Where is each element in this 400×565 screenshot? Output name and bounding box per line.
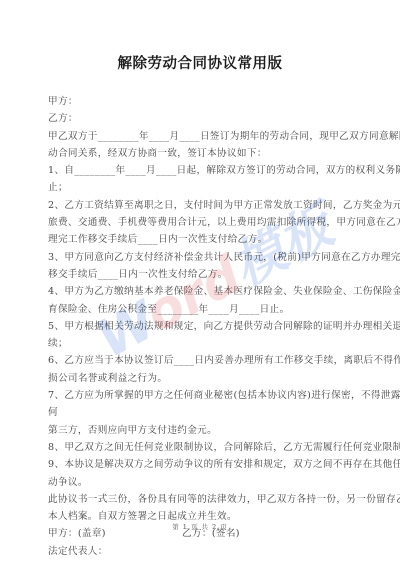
party-b-line: 乙方：: [48, 110, 358, 127]
clause-1-line: 止；: [48, 179, 358, 196]
clause-9-line: 9、本协议是解决双方之间劳动争议的所有安排和规定，双方之间不再存在其他任何劳: [48, 456, 358, 473]
clause-5-line: 续；: [48, 335, 358, 352]
clause-6-line: 6、乙方应当于本协议签订后____日内妥善办理所有工作移交手续，离职后不得作出有: [48, 352, 358, 369]
party-a-line: 甲方：: [48, 93, 358, 110]
closing-line: 此协议书一式三份，各份具有同等的法律效力，甲乙双方各持一份，另一份留存乙方: [48, 491, 358, 508]
clause-7-line: 第三方，否则应向甲方支付违约金元。: [48, 422, 358, 439]
clause-2-line: 理完工作移交手续后____日内一次性支付给乙方。: [48, 231, 358, 248]
page-footer: 第 1 页 共 2 页: [0, 522, 400, 531]
clause-1-line: 1、自________年____月____日起，解除双方签订的劳动合同，双方的权…: [48, 162, 358, 179]
clause-4-line: 育保险金、住房公积金至________年____月____日止。: [48, 301, 358, 318]
clause-3-line: 3、甲方同意向乙方支付经济补偿金共计人民币元，(税前)甲方同意在乙方办理完工作: [48, 249, 358, 266]
paragraph-line: 甲乙双方于________年____月____日签订为期年的劳动合同，现甲乙双方…: [48, 128, 358, 145]
paragraph-line: 动合同关系，经双方协商一致，签订本协议如下：: [48, 145, 358, 162]
legal-representative: 法定代表人：: [48, 543, 358, 560]
document-body: 甲方： 乙方： 甲乙双方于________年____月____日签订为期年的劳动…: [48, 93, 358, 560]
clause-2-line: 2、乙方工资结算至离职之日，支付时间为甲方正常发放工资时间，乙方奖金为元，差: [48, 197, 358, 214]
clause-8-line: 8、甲乙双方之间无任何竞业限制协议，合同解除后，乙方无需履行任何竞业限制义务。: [48, 439, 358, 456]
clause-3-line: 移交手续后____日内一次性支付给乙方。: [48, 266, 358, 283]
clause-6-line: 损公司名誉或利益之行为。: [48, 370, 358, 387]
document-title: 解除劳动合同协议常用版: [0, 52, 400, 73]
clause-7-line: 何: [48, 404, 358, 421]
clause-4-line: 4、甲方为乙方缴纳基本养老保险金、基本医疗保险金、失业保险金、工伤保险金、生: [48, 283, 358, 300]
clause-5-line: 5、甲方根据相关劳动法规和规定，向乙方提供劳动合同解除的证明并办理相关退工手: [48, 318, 358, 335]
clause-7-line: 7、乙方应为所掌握的甲方之任何商业秘密(包括本协议内容)进行保密，不得泄露给任: [48, 387, 358, 404]
clause-9-line: 动争议。: [48, 474, 358, 491]
clause-2-line: 旅费、交通费、手机费等费用合计元，以上费用均需扣除所得税，甲方同意在乙方办: [48, 214, 358, 231]
